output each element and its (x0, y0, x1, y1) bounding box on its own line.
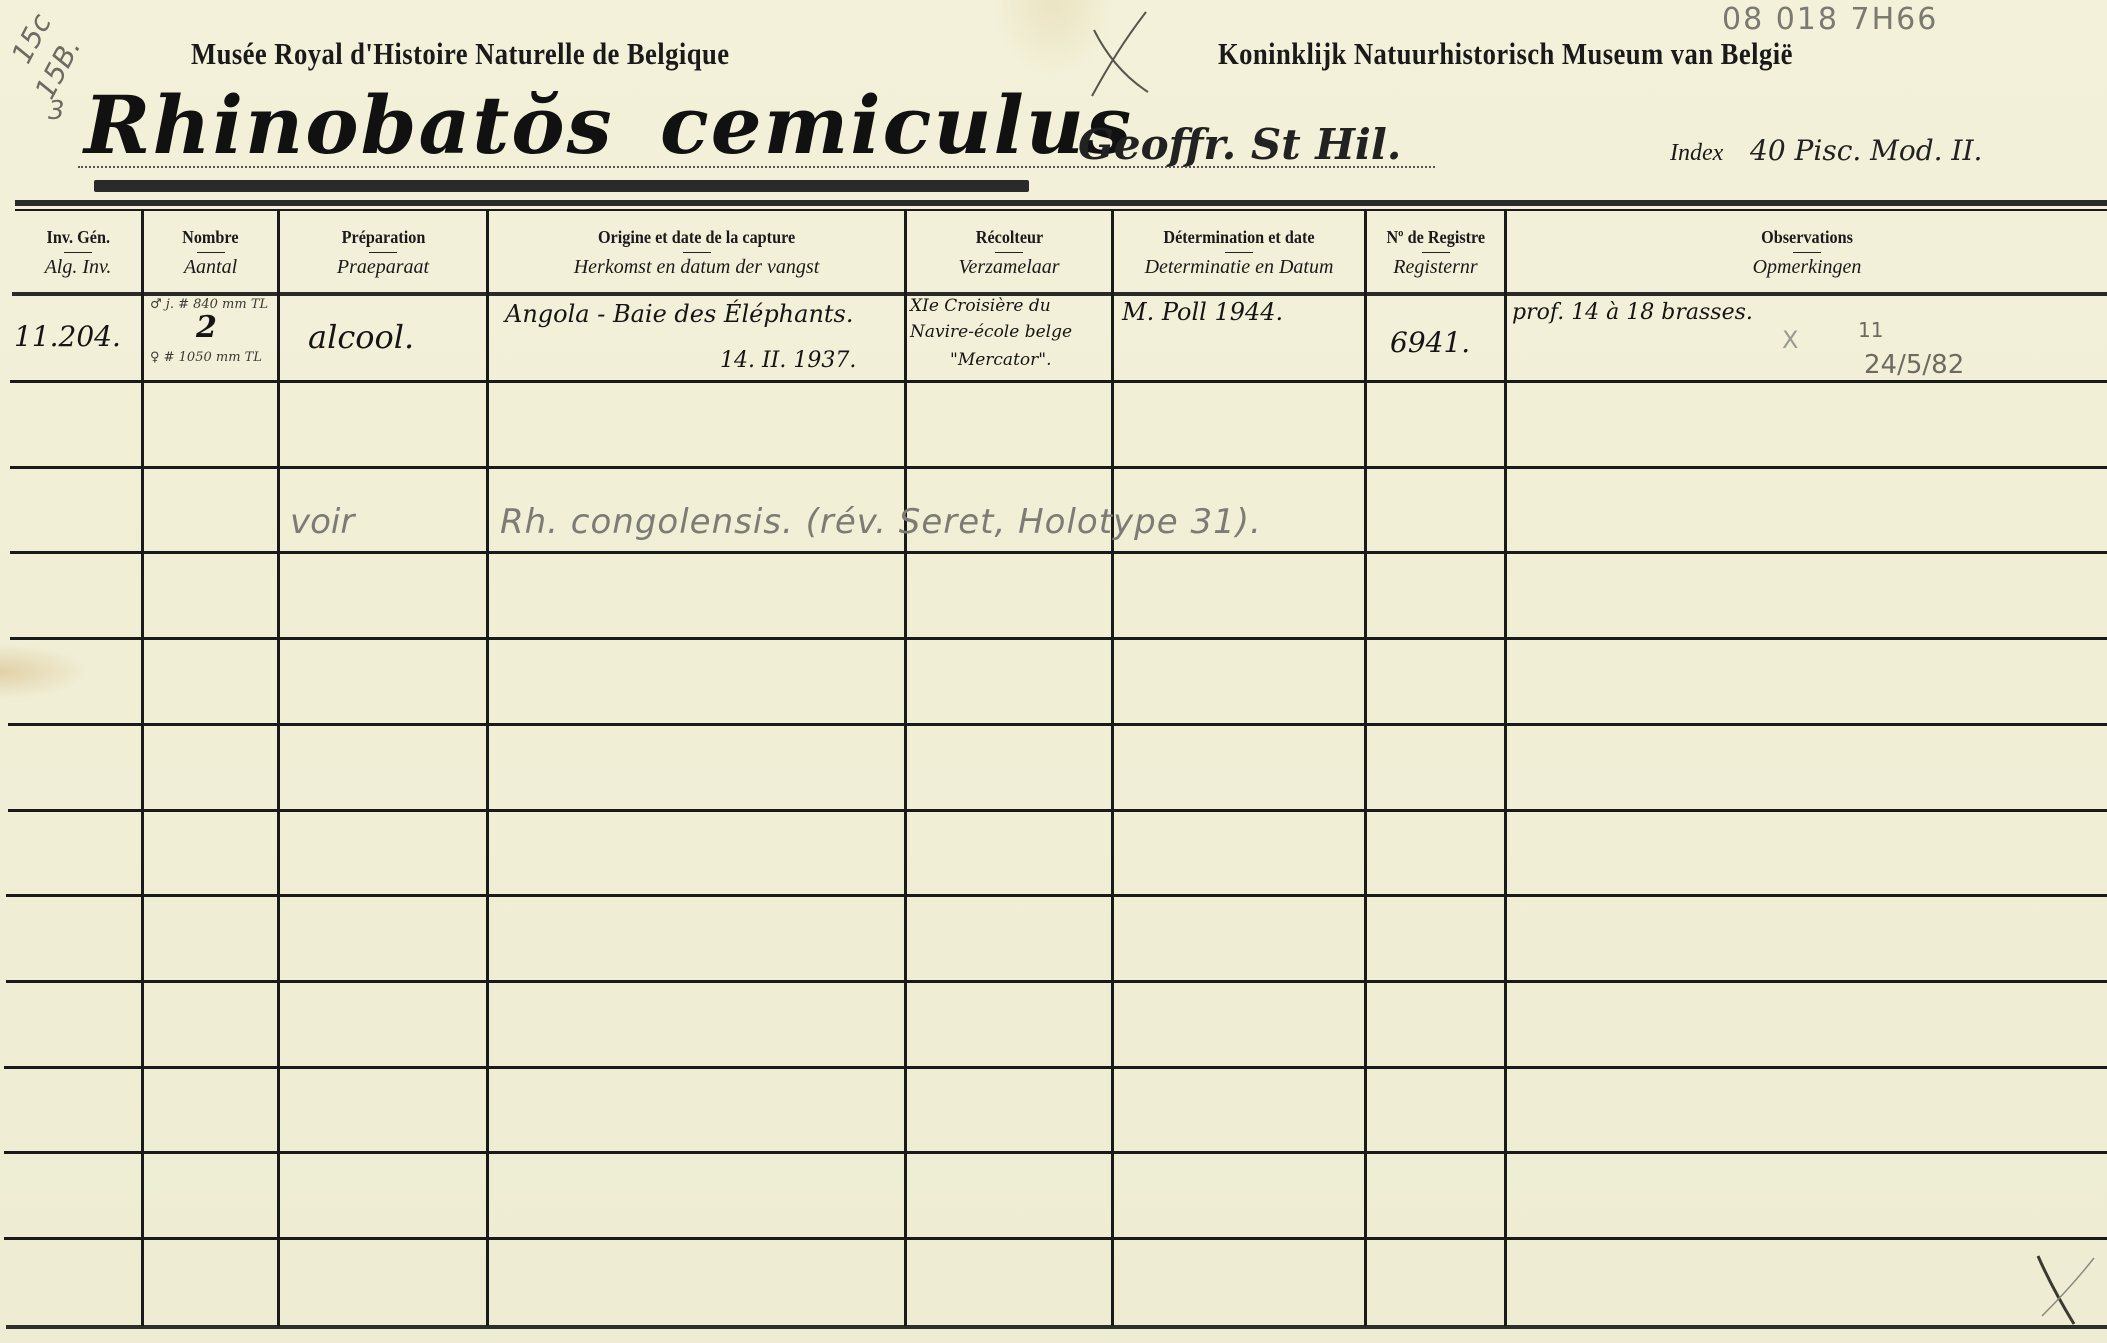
cell-observations-date: 24/5/82 (1864, 350, 1964, 380)
col-header-observations: Observations Opmerkingen (1507, 211, 2107, 295)
col-rule-3 (486, 211, 489, 1326)
col-header-determination-nl: Determinatie en Datum (1145, 256, 1334, 279)
col-header-inv-nl: Alg. Inv. (45, 256, 112, 279)
cell-nombre-female-note: ♀ # 1050 mm TL (150, 350, 262, 365)
row-rule-10 (4, 1151, 2107, 1154)
col-header-observations-fr: Observations (1761, 227, 1853, 248)
header-dash (1225, 252, 1253, 253)
col-header-nombre: Nombre Aantal (144, 211, 277, 295)
cell-determination: M. Poll 1944. (1122, 298, 1283, 326)
table-top-thick-rule (15, 200, 2107, 206)
header-dash (1422, 252, 1450, 253)
row-rule-2 (10, 466, 2107, 469)
col-header-preparation-fr: Préparation (341, 227, 425, 248)
species-epithet: cemiculus (660, 78, 1133, 172)
col-header-recolteur-nl: Verzamelaar (958, 256, 1059, 279)
col-header-origine-nl: Herkomst en datum der vangst (574, 256, 820, 279)
row-rule-11 (4, 1237, 2107, 1240)
row-rule-3 (10, 551, 2107, 554)
cell-recolteur-line3: "Mercator". (950, 350, 1052, 370)
species-author: Geoffr. St Hil. (1078, 120, 1401, 169)
cell-observations-x-mark: X (1782, 326, 1798, 354)
col-header-nombre-nl: Aantal (184, 256, 237, 279)
col-header-inv-fr: Inv. Gén. (46, 227, 109, 248)
col-rule-2 (277, 211, 280, 1326)
header-dash (64, 252, 92, 253)
row-rule-7 (6, 894, 2107, 897)
row-rule-4 (10, 637, 2107, 640)
header-dash (995, 252, 1023, 253)
species-genus: Rhinobatŏs (84, 78, 614, 172)
col-header-registre: Nº de Registre Registernr (1367, 211, 1504, 295)
col-header-preparation: Préparation Praeparaat (280, 211, 486, 295)
pencil-x-mark-bottom-icon (2030, 1250, 2100, 1330)
col-rule-4 (904, 211, 907, 1326)
col-header-origine: Origine et date de la capture Herkomst e… (489, 211, 904, 295)
header-dash (683, 252, 711, 253)
row-rule-1 (10, 380, 2107, 383)
col-header-registre-fr: Nº de Registre (1386, 227, 1485, 248)
col-header-determination: Détermination et date Determinatie en Da… (1114, 211, 1364, 295)
cell-observations: prof. 14 à 18 brasses. (1512, 300, 1753, 325)
cell-preparation: alcool. (308, 318, 414, 356)
col-header-recolteur: Récolteur Verzamelaar (907, 211, 1111, 295)
cell-nombre-count: 2 (196, 310, 217, 345)
header-dash (1793, 252, 1821, 253)
col-header-nombre-fr: Nombre (182, 227, 238, 248)
col-rule-1 (141, 211, 144, 1326)
title-dotted-line (78, 166, 1435, 168)
col-header-origine-fr: Origine et date de la capture (598, 227, 795, 248)
col-header-inv: Inv. Gén. Alg. Inv. (15, 211, 141, 295)
pencil-note-3: 3 (48, 96, 65, 126)
table-bottom-rule (6, 1325, 2107, 1329)
cell-inv-number: 11.204. (14, 320, 121, 353)
col-header-observations-nl: Opmerkingen (1753, 256, 1862, 279)
row-rule-9 (4, 1066, 2107, 1069)
museum-name-french: Musée Royal d'Histoire Naturelle de Belg… (191, 36, 730, 72)
row-rule-6 (8, 809, 2107, 812)
header-dash (369, 252, 397, 253)
col-header-preparation-nl: Praeparaat (337, 256, 429, 279)
cell-observations-date-top: 11 (1858, 318, 1883, 342)
cell-origine-date: 14. II. 1937. (720, 348, 856, 373)
col-header-determination-fr: Détermination et date (1163, 227, 1314, 248)
row-rule-8 (6, 980, 2107, 983)
pencil-note-voir: voir (290, 502, 354, 542)
col-header-registre-nl: Registernr (1393, 256, 1477, 279)
cell-recolteur-line2: Navire-école belge (910, 322, 1072, 342)
index-label: Index (1670, 140, 1723, 167)
col-header-recolteur-fr: Récolteur (975, 227, 1042, 248)
pencil-note-cross-reference: Rh. congolensis. (rév. Seret, Holotype 3… (500, 502, 1262, 542)
col-rule-7 (1504, 211, 1507, 1326)
header-dash (197, 252, 225, 253)
index-value: 40 Pisc. Mod. II. (1750, 134, 1982, 167)
cell-recolteur-line1: XIe Croisière du (910, 296, 1051, 316)
museum-name-dutch: Koninklijk Natuurhistorisch Museum van B… (1218, 36, 1793, 72)
cell-registre: 6941. (1390, 326, 1470, 359)
col-rule-5 (1111, 211, 1114, 1326)
row-rule-5 (8, 723, 2107, 726)
pencil-catalog-number: 08 018 7H66 (1722, 2, 1938, 37)
title-underline (94, 180, 1029, 192)
cell-origine: Angola - Baie des Éléphants. (505, 300, 854, 328)
col-rule-6 (1364, 211, 1367, 1326)
